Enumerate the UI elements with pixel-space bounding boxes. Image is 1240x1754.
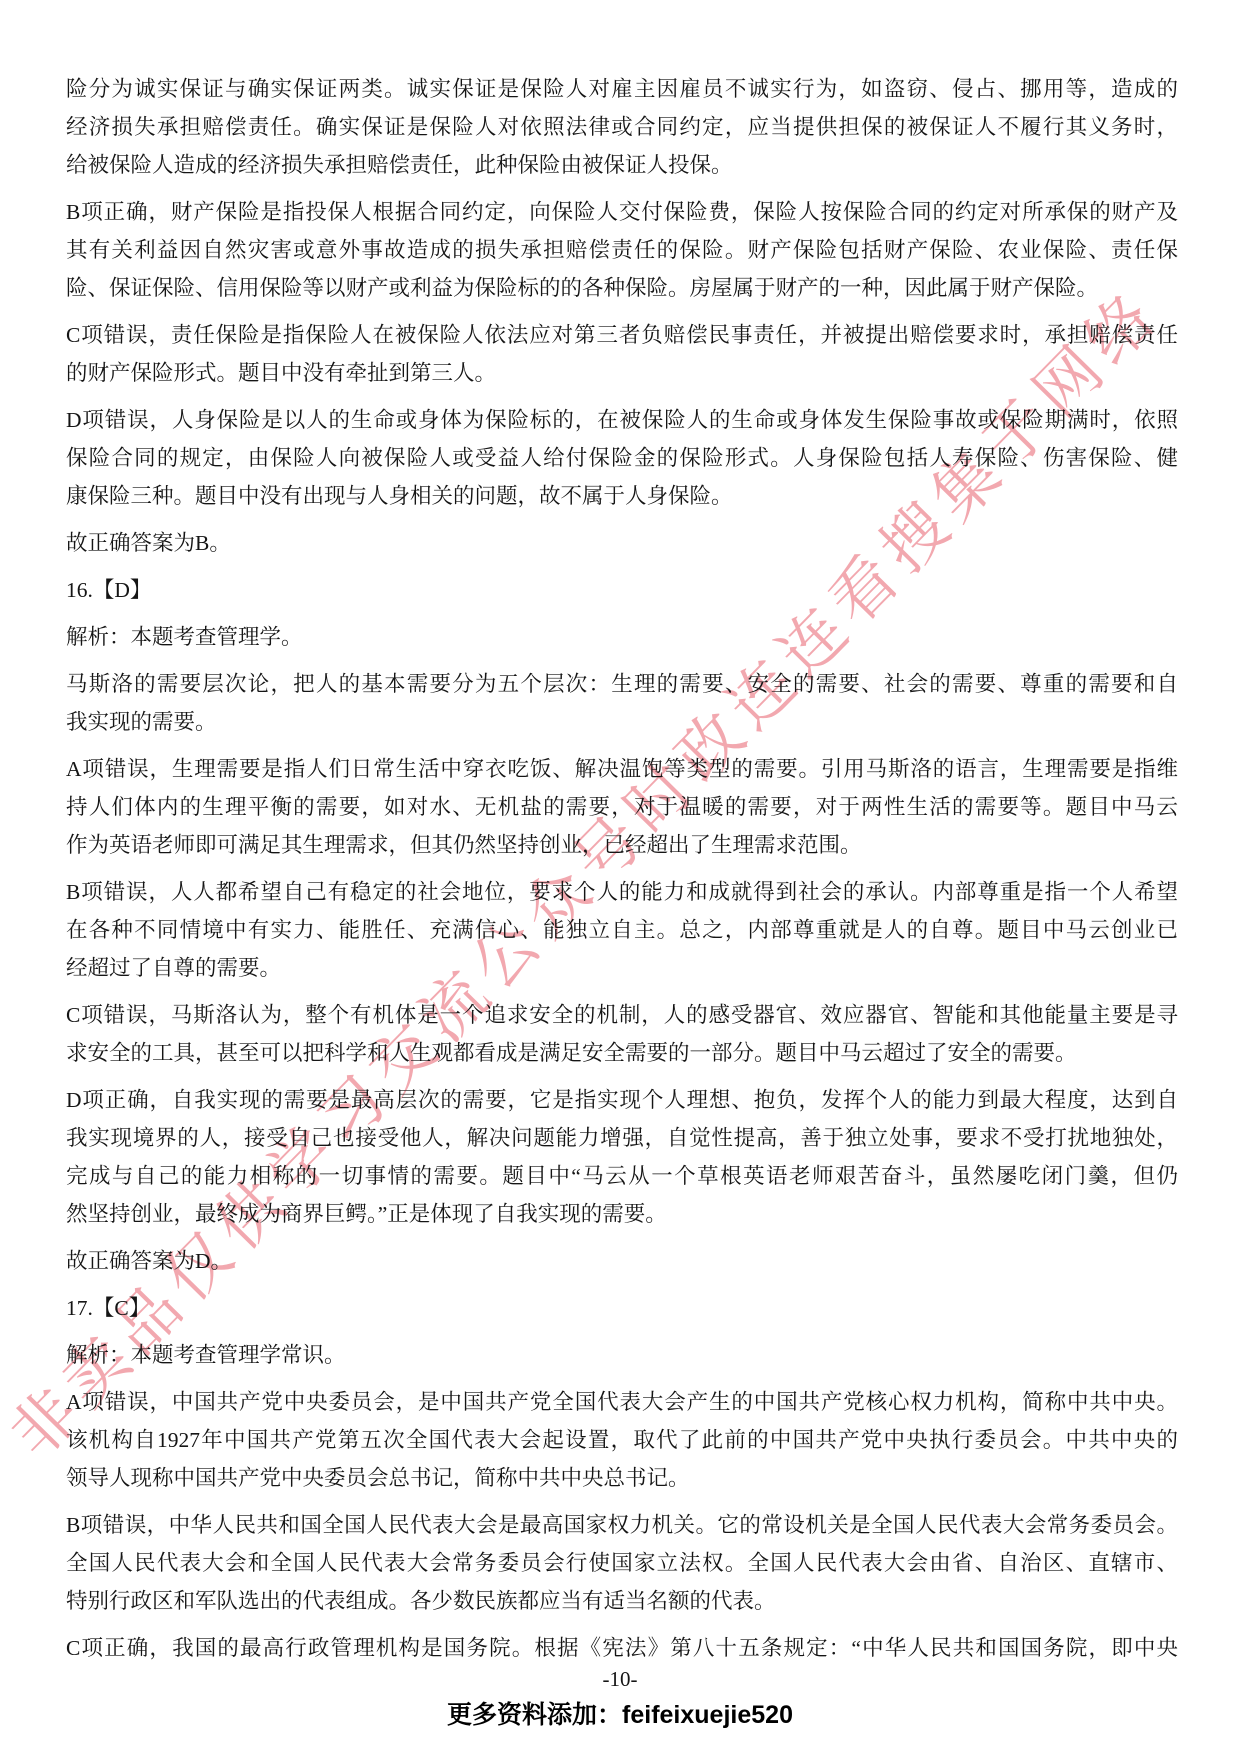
- paragraph: 解析：本题考查管理学。: [66, 618, 1178, 656]
- text-line: 保险合同的规定，由保险人向被保险人或受益人给付保险金的保险形式。人身保险包括人寿…: [66, 439, 1178, 477]
- paragraph: C项错误，马斯洛认为，整个有机体是一个追求安全的机制，人的感受器官、效应器官、智…: [66, 996, 1178, 1072]
- footer-promo-account: feifeixuejie520: [622, 1701, 793, 1729]
- paragraph: C项正确，我国的最高行政管理机构是国务院。根据《宪法》第八十五条规定：“中华人民…: [66, 1629, 1178, 1667]
- paragraph: 解析：本题考查管理学常识。: [66, 1336, 1178, 1374]
- text-line: 该机构自1927年中国共产党第五次全国代表大会起设置，取代了此前的中国共产党中央…: [66, 1421, 1178, 1459]
- text-line: C项错误，责任保险是指保险人在被保险人依法应对第三者负赔偿民事责任，并被提出赔偿…: [66, 316, 1178, 354]
- paragraph: 马斯洛的需要层次论，把人的基本需要分为五个层次：生理的需要、安全的需要、社会的需…: [66, 665, 1178, 741]
- text-line: 给被保险人造成的经济损失承担赔偿责任，此种保险由被保证人投保。: [66, 146, 1178, 184]
- paragraph: D项错误，人身保险是以人的生命或身体为保险标的，在被保险人的生命或身体发生保险事…: [66, 401, 1178, 515]
- text-line: 故正确答案为B。: [66, 524, 1178, 562]
- text-line: 康保险三种。题目中没有出现与人身相关的问题，故不属于人身保险。: [66, 477, 1178, 515]
- paragraph: 故正确答案为B。: [66, 524, 1178, 562]
- text-line: D项正确，自我实现的需要是最高层次的需要，它是指实现个人理想、抱负，发挥个人的能…: [66, 1081, 1178, 1119]
- text-line: 持人们体内的生理平衡的需要，如对水、无机盐的需要，对于温暖的需要，对于两性生活的…: [66, 788, 1178, 826]
- text-line: 我实现的需要。: [66, 703, 1178, 741]
- text-line: 我实现境界的人，接受自己也接受他人，解决问题能力增强，自觉性提高，善于独立处事，…: [66, 1119, 1178, 1157]
- text-line: B项错误，中华人民共和国全国人民代表大会是最高国家权力机关。它的常设机关是全国人…: [66, 1506, 1178, 1544]
- page-number: -10-: [0, 1664, 1240, 1694]
- text-line: B项错误，人人都希望自己有稳定的社会地位，要求个人的能力和成就得到社会的承认。内…: [66, 873, 1178, 911]
- paragraph: D项正确，自我实现的需要是最高层次的需要，它是指实现个人理想、抱负，发挥个人的能…: [66, 1081, 1178, 1233]
- text-line: 解析：本题考查管理学常识。: [66, 1336, 1178, 1374]
- text-line: 全国人民代表大会和全国人民代表大会常务委员会行使国家立法权。全国人民代表大会由省…: [66, 1544, 1178, 1582]
- text-line: D项错误，人身保险是以人的生命或身体为保险标的，在被保险人的生命或身体发生保险事…: [66, 401, 1178, 439]
- text-line: C项错误，马斯洛认为，整个有机体是一个追求安全的机制，人的感受器官、效应器官、智…: [66, 996, 1178, 1034]
- paragraph: B项错误，中华人民共和国全国人民代表大会是最高国家权力机关。它的常设机关是全国人…: [66, 1506, 1178, 1620]
- text-line: 经济损失承担赔偿责任。确实保证是保险人对依照法律或合同约定，应当提供担保的被保证…: [66, 108, 1178, 146]
- text-line: B项正确，财产保险是指投保人根据合同约定，向保险人交付保险费，保险人按保险合同的…: [66, 193, 1178, 231]
- text-line: 16.【D】: [66, 571, 1178, 609]
- text-line: A项错误，生理需要是指人们日常生活中穿衣吃饭、解决温饱等类型的需要。引用马斯洛的…: [66, 750, 1178, 788]
- paragraph: B项正确，财产保险是指投保人根据合同约定，向保险人交付保险费，保险人按保险合同的…: [66, 193, 1178, 307]
- text-line: 经超过了自尊的需要。: [66, 949, 1178, 987]
- text-line: 的财产保险形式。题目中没有牵扯到第三人。: [66, 354, 1178, 392]
- text-line: 马斯洛的需要层次论，把人的基本需要分为五个层次：生理的需要、安全的需要、社会的需…: [66, 665, 1178, 703]
- text-line: 然坚持创业，最终成为商界巨鳄。”正是体现了自我实现的需要。: [66, 1195, 1178, 1233]
- paragraph: C项错误，责任保险是指保险人在被保险人依法应对第三者负赔偿民事责任，并被提出赔偿…: [66, 316, 1178, 392]
- footer-promo-label: 更多资料添加：: [447, 1702, 622, 1729]
- text-line: 求安全的工具，甚至可以把科学和人生观都看成是满足安全需要的一部分。题目中马云超过…: [66, 1034, 1178, 1072]
- text-line: 解析：本题考查管理学。: [66, 618, 1178, 656]
- text-line: 领导人现称中国共产党中央委员会总书记，简称中共中央总书记。: [66, 1459, 1178, 1497]
- paragraph: 17.【C】: [66, 1289, 1178, 1327]
- answer-explanations-body: 险分为诚实保证与确实保证两类。诚实保证是保险人对雇主因雇员不诚实行为，如盗窃、侵…: [66, 70, 1178, 1676]
- text-line: 故正确答案为D。: [66, 1242, 1178, 1280]
- text-line: 特别行政区和军队选出的代表组成。各少数民族都应当有适当名额的代表。: [66, 1582, 1178, 1620]
- text-line: 险分为诚实保证与确实保证两类。诚实保证是保险人对雇主因雇员不诚实行为，如盗窃、侵…: [66, 70, 1178, 108]
- footer-promo: 更多资料添加：feifeixuejie520: [0, 1698, 1240, 1736]
- text-line: 完成与自己的能力相称的一切事情的需要。题目中“马云从一个草根英语老师艰苦奋斗，虽…: [66, 1157, 1178, 1195]
- paragraph: A项错误，生理需要是指人们日常生活中穿衣吃饭、解决温饱等类型的需要。引用马斯洛的…: [66, 750, 1178, 864]
- paragraph: A项错误，中国共产党中央委员会，是中国共产党全国代表大会产生的中国共产党核心权力…: [66, 1383, 1178, 1497]
- text-line: 17.【C】: [66, 1289, 1178, 1327]
- text-line: 险、保证保险、信用保险等以财产或利益为保险标的的各种保险。房屋属于财产的一种，因…: [66, 269, 1178, 307]
- paragraph: B项错误，人人都希望自己有稳定的社会地位，要求个人的能力和成就得到社会的承认。内…: [66, 873, 1178, 987]
- text-line: 在各种不同情境中有实力、能胜任、充满信心、能独立自主。总之，内部尊重就是人的自尊…: [66, 911, 1178, 949]
- paragraph: 险分为诚实保证与确实保证两类。诚实保证是保险人对雇主因雇员不诚实行为，如盗窃、侵…: [66, 70, 1178, 184]
- text-line: 其有关利益因自然灾害或意外事故造成的损失承担赔偿责任的保险。财产保险包括财产保险…: [66, 231, 1178, 269]
- document-page: 非卖品仅供学习交流公众号时政连连看搜集于网络 险分为诚实保证与确实保证两类。诚实…: [0, 0, 1240, 1754]
- text-line: 作为英语老师即可满足其生理需求，但其仍然坚持创业，已经超出了生理需求范围。: [66, 826, 1178, 864]
- paragraph: 故正确答案为D。: [66, 1242, 1178, 1280]
- text-line: C项正确，我国的最高行政管理机构是国务院。根据《宪法》第八十五条规定：“中华人民…: [66, 1629, 1178, 1667]
- text-line: A项错误，中国共产党中央委员会，是中国共产党全国代表大会产生的中国共产党核心权力…: [66, 1383, 1178, 1421]
- paragraph: 16.【D】: [66, 571, 1178, 609]
